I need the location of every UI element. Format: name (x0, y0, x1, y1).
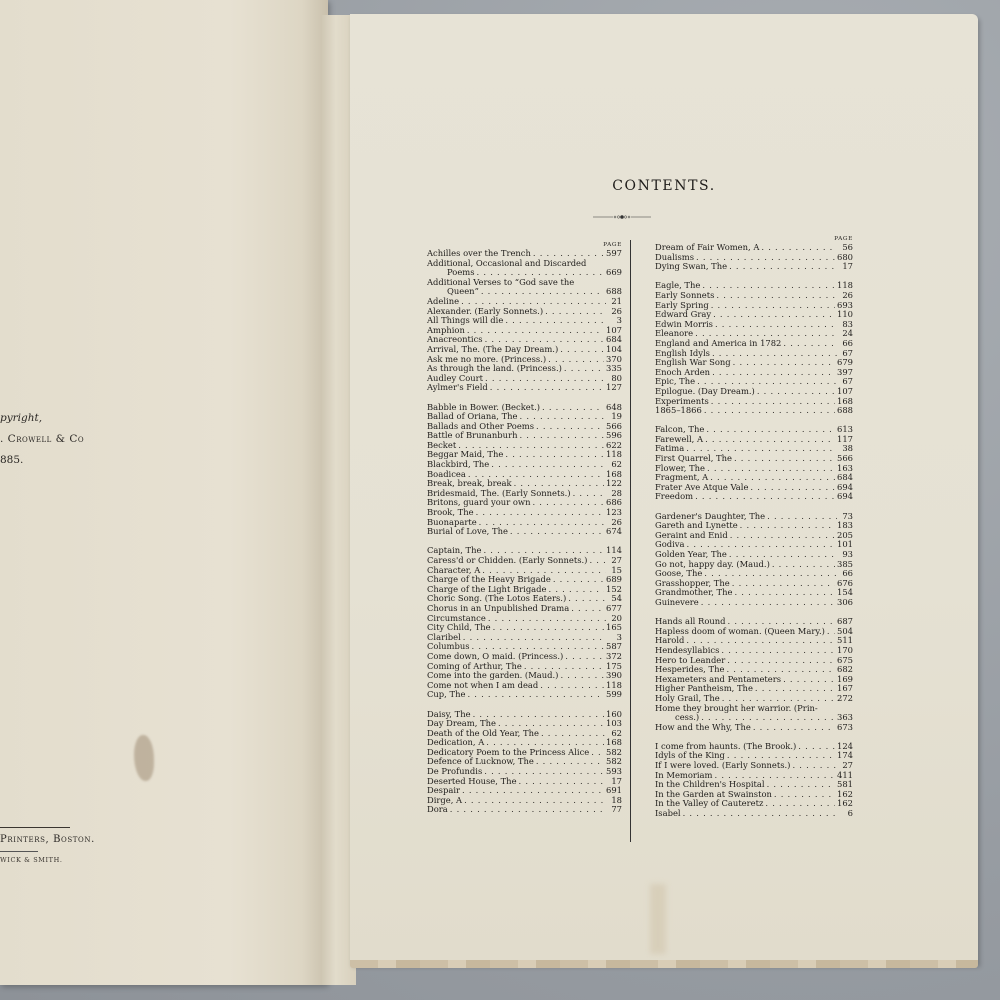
dot-leader (713, 310, 835, 320)
dot-leader (481, 287, 604, 297)
dot-leader (729, 262, 837, 272)
dot-leader (505, 450, 604, 460)
water-stain (650, 884, 666, 954)
entry-page: 688 (837, 406, 853, 416)
dot-leader (565, 652, 604, 662)
dot-leader (467, 690, 604, 700)
column-divider (630, 240, 631, 842)
toc-entry: Farewell, A117 (655, 435, 853, 445)
dot-leader (765, 799, 835, 809)
dot-leader (464, 796, 606, 806)
dot-leader (711, 397, 835, 407)
toc-entry: In the Valley of Cauteretz162 (655, 799, 853, 809)
printer-rule (0, 827, 70, 828)
dot-leader (536, 757, 604, 767)
entry-page: 673 (837, 723, 853, 733)
entry-title: 1865–1866 (655, 406, 702, 416)
toc-entry: Freedom694 (655, 492, 853, 502)
dot-leader (540, 681, 604, 691)
dot-leader (755, 684, 835, 694)
toc-entry: Additional Verses to “God save theQueen”… (427, 278, 622, 297)
dot-leader (704, 406, 835, 416)
printer-line: Printers, Boston. (0, 834, 95, 845)
entry-title: Cup, The (427, 690, 465, 700)
dot-leader (541, 729, 606, 739)
dot-leader (706, 425, 835, 435)
dot-leader (827, 627, 835, 637)
dot-leader (711, 301, 835, 311)
dot-leader (476, 508, 604, 518)
dot-leader (571, 604, 604, 614)
dot-leader (712, 368, 835, 378)
dot-leader (783, 339, 837, 349)
printer-sub-line: WICK & SMITH. (0, 856, 63, 864)
left-page: pyright, . Crowell & Co 885. Printers, B… (0, 0, 328, 985)
dot-leader (510, 527, 604, 537)
dot-leader (560, 345, 604, 355)
dot-leader (733, 358, 835, 368)
entry-page: 599 (606, 690, 622, 700)
dot-leader (493, 623, 604, 633)
contents-right-column: PAGE Dream of Fair Women, A56Dualisms680… (655, 235, 853, 819)
entry-page: 669 (606, 268, 622, 278)
dot-leader (721, 646, 835, 656)
entry-page: 694 (837, 492, 853, 502)
dot-leader (573, 489, 606, 499)
year-line: 885. (0, 450, 84, 471)
dot-leader (701, 598, 835, 608)
dot-leader (757, 387, 835, 397)
dot-leader (568, 594, 606, 604)
dot-leader (767, 780, 835, 790)
entry-title: How and the Why, The (655, 723, 751, 733)
dot-leader (519, 431, 604, 441)
dot-leader (798, 742, 835, 752)
toc-entry: Hapless doom of woman. (Queen Mary.)504 (655, 627, 853, 637)
dot-leader (450, 805, 606, 815)
dot-leader (591, 748, 604, 758)
entry-page: 6 (839, 809, 853, 819)
dot-leader (761, 243, 837, 253)
dot-leader (715, 320, 837, 330)
entry-title: Dying Swan, The (655, 262, 727, 272)
toc-entry: Dora77 (427, 805, 622, 815)
page-title: CONTENTS. (350, 178, 978, 194)
toc-entry: Isabel6 (655, 809, 853, 819)
contents-left-column: PAGE Achilles over the Trench597Addition… (427, 241, 622, 815)
dot-leader (707, 464, 835, 474)
entry-title: Isabel (655, 809, 681, 819)
toc-entry: Aylmer's Field127 (427, 383, 622, 393)
copyright-line: pyright, (0, 408, 84, 429)
dot-leader (491, 460, 606, 470)
dot-leader (553, 575, 604, 585)
entry-page: 127 (606, 383, 622, 393)
entry-title: Burial of Love, The (427, 527, 508, 537)
toc-entry: Additional, Occasional and DiscardedPoem… (427, 259, 622, 278)
dot-leader (732, 579, 835, 589)
entry-page: 17 (839, 262, 853, 272)
dot-leader (683, 809, 837, 819)
dot-leader (730, 531, 835, 541)
paper-stain (134, 735, 154, 781)
toc-entry: Burial of Love, The674 (427, 527, 622, 537)
dot-leader (792, 761, 837, 771)
toc-entry: Dying Swan, The17 (655, 262, 853, 272)
right-page: CONTENTS. PAGE Achilles over the Trench5… (350, 14, 978, 964)
dot-leader (753, 723, 835, 733)
dot-leader (767, 512, 837, 522)
deckle-edge (350, 960, 978, 968)
dot-leader (519, 777, 606, 787)
dot-leader (463, 633, 606, 643)
dot-leader (705, 435, 835, 445)
entry-title: Guinevere (655, 598, 699, 608)
entry-page: 674 (606, 527, 622, 537)
entry-title: Freedom (655, 492, 693, 502)
dot-leader (783, 675, 835, 685)
dot-leader (695, 492, 835, 502)
ornament-divider-icon (593, 214, 651, 220)
printer-rule-short (0, 851, 38, 852)
dot-leader (490, 383, 604, 393)
toc-entry: Battle of Brunanburh596 (427, 431, 622, 441)
dot-leader (545, 307, 606, 317)
entry-page: 272 (837, 694, 853, 704)
dot-leader (734, 588, 835, 598)
dot-leader (560, 671, 604, 681)
publisher-line: . Crowell & Co (0, 429, 84, 450)
dot-leader (532, 498, 604, 508)
dot-leader (702, 281, 835, 291)
dot-leader (716, 291, 837, 301)
dot-leader (589, 556, 606, 566)
dot-leader (740, 521, 835, 531)
dot-leader (772, 560, 835, 570)
dot-leader (467, 326, 604, 336)
toc-entry: Cup, The599 (427, 690, 622, 700)
entry-title: Dora (427, 805, 448, 815)
toc-entry: How and the Why, The673 (655, 723, 853, 733)
dot-leader (750, 483, 835, 493)
dot-leader (734, 454, 835, 464)
toc-entry: 1865–1866688 (655, 406, 853, 416)
entry-title: Aylmer's Field (427, 383, 488, 393)
dot-leader (727, 656, 835, 666)
dot-leader (462, 786, 604, 796)
dot-leader (774, 790, 835, 800)
toc-entry: Dirge, A18 (427, 796, 622, 806)
entry-page: 306 (837, 598, 853, 608)
copyright-block: pyright, . Crowell & Co 885. (0, 408, 84, 471)
dot-leader (505, 316, 606, 326)
dot-leader (488, 614, 606, 624)
dot-leader (485, 374, 606, 384)
entry-page: 597 (606, 249, 622, 259)
toc-entry: Home they brought her warrior. (Prin-ces… (655, 704, 853, 723)
toc-entry: Guinevere306 (655, 598, 853, 608)
dot-leader (564, 364, 604, 374)
entry-page: 77 (608, 805, 622, 815)
dot-leader (542, 403, 604, 413)
dot-leader (536, 422, 604, 432)
